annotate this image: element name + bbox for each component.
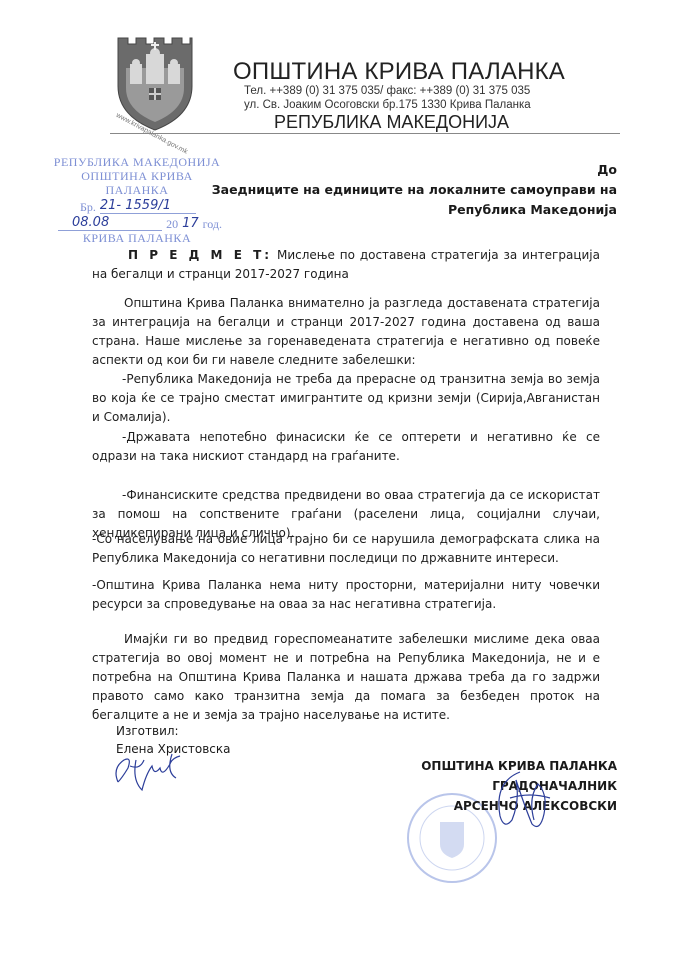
- org-name: ОПШТИНА КРИВА ПАЛАНКА: [233, 58, 565, 86]
- prepared-by-label: Изготвил:: [116, 722, 231, 740]
- stamp-line-last: КРИВА ПАЛАНКА: [52, 231, 222, 245]
- paragraph-conclusion: Имајќи ги во предвид горeспомеанатите за…: [92, 630, 600, 725]
- paragraph-point-5: -Општина Крива Паланка нема ниту простор…: [92, 576, 600, 614]
- stamp-line1: РЕПУБЛИКА МАКЕДОНИЈА: [52, 155, 222, 169]
- contact-info: Тел. ++389 (0) 31 375 035/ факс: ++389 (…: [244, 84, 531, 112]
- recipient-line2: Заедниците на единиците на локалните сам…: [212, 180, 617, 200]
- subject-label: П Р Е Д М Е Т:: [128, 248, 272, 262]
- recipient-line1: До: [212, 160, 617, 180]
- stamp-year-value: 17: [182, 217, 199, 231]
- handwritten-signature-icon: [110, 752, 200, 797]
- stamp-date-value: 08.08: [58, 216, 162, 231]
- registry-stamp: РЕПУБЛИКА МАКЕДОНИЈА ОПШТИНА КРИВА ПАЛАН…: [52, 155, 222, 245]
- paragraph-intro: Општина Крива Паланка внимателно ја разг…: [92, 294, 600, 370]
- header-divider: [110, 133, 620, 134]
- stamp-year-prefix: 20: [166, 217, 178, 231]
- subject-line: П Р Е Д М Е Т: Мислење по доставена стра…: [92, 246, 600, 284]
- paragraph-point-4: -Со населување на овие лица трајно би се…: [92, 530, 600, 568]
- address: ул. Св. Јоаким Осоговски бр.175 1330 Кри…: [244, 98, 531, 112]
- phone-fax: Тел. ++389 (0) 31 375 035/ факс: ++389 (…: [244, 84, 531, 98]
- recipient-line3: Република Македонија: [212, 200, 617, 220]
- paragraph-point-1: -Република Македонија не треба да прерас…: [92, 370, 600, 427]
- stamp-number-value: 21- 1559/1: [100, 199, 196, 214]
- country-name: РЕПУБЛИКА МАКЕДОНИЈА: [274, 112, 509, 133]
- stamp-line2: ОПШТИНА КРИВА ПАЛАНКА: [52, 169, 222, 197]
- mayor-signature-icon: [490, 768, 560, 843]
- stamp-number-label: Бр.: [80, 200, 96, 214]
- paragraph-point-2: -Државата непотебно финасиски ќе се опте…: [92, 428, 600, 466]
- recipient-block: До Заедниците на единиците на локалните …: [212, 160, 617, 220]
